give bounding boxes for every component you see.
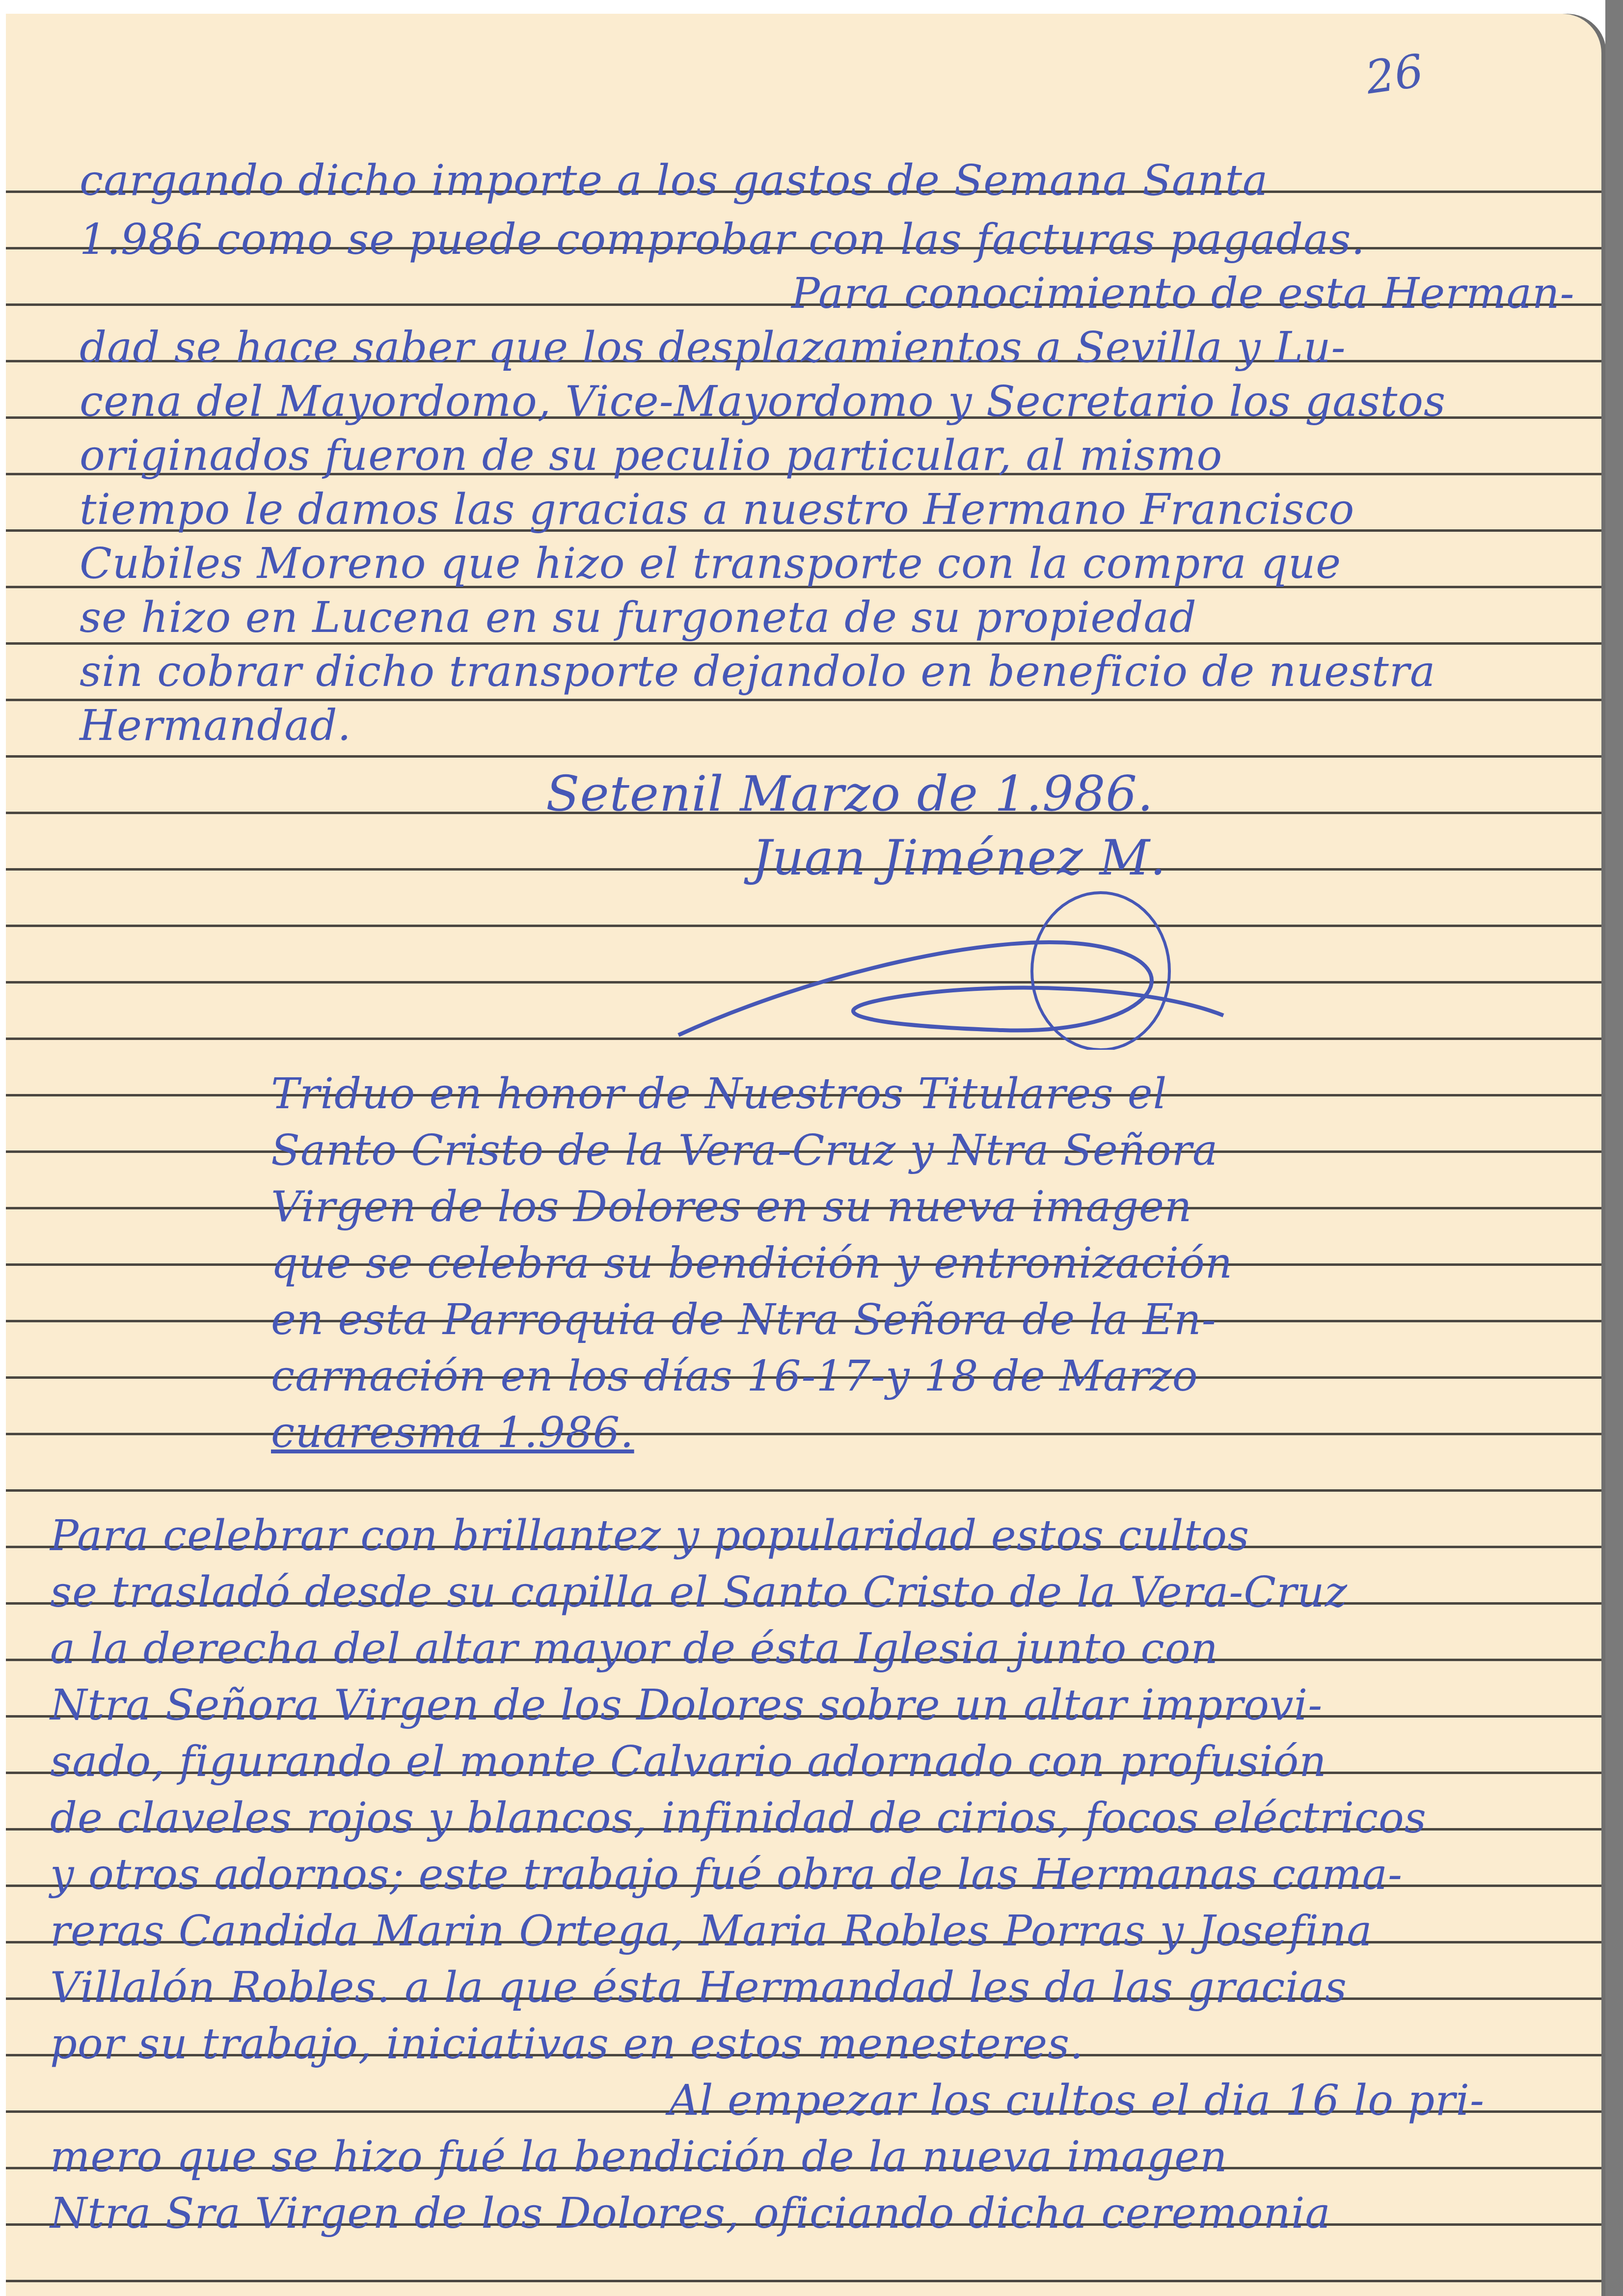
heading-line: en esta Parroquia de Ntra Señora de la E… (271, 1295, 1217, 1344)
text-line: Para conocimiento de esta Herman- (791, 269, 1575, 318)
text-line: reras Candida Marin Ortega, Maria Robles… (50, 1907, 1373, 1956)
text-line: por su trabajo, iniciativas en estos men… (50, 2020, 1084, 2069)
text-line: se trasladó desde su capilla el Santo Cr… (50, 1568, 1348, 1617)
text-line: Cubiles Moreno que hizo el transporte co… (80, 539, 1341, 588)
text-line: de claveles rojos y blancos, infinidad d… (50, 1794, 1427, 1843)
heading-line: carnación en los días 16-17-y 18 de Marz… (271, 1352, 1198, 1401)
text-line: se hizo en Lucena en su furgoneta de su … (80, 593, 1197, 642)
heading-line: Triduo en honor de Nuestros Titulares el (271, 1069, 1167, 1119)
text-line: sin cobrar dicho transporte dejandolo en… (80, 647, 1435, 696)
heading-line: que se celebra su bendición y entronizac… (271, 1239, 1233, 1288)
text-line: Hermandad. (80, 701, 352, 750)
text-line: cena del Mayordomo, Vice-Mayordomo y Sec… (80, 377, 1446, 426)
text-line: Para celebrar con brillantez y popularid… (50, 1511, 1249, 1560)
text-line: 1.986 como se puede comprobar con las fa… (80, 215, 1365, 264)
signature-name: Juan Jiménez M. (752, 829, 1166, 886)
text-line: y otros adornos; este trabajo fué obra d… (50, 1850, 1403, 1899)
text-line: Villalón Robles. a la que ésta Hermandad… (50, 1963, 1347, 2012)
signature-flourish (659, 888, 1248, 1050)
text-line: sado, figurando el monte Calvario adorna… (50, 1737, 1327, 1786)
text-line: originados fueron de su peculio particul… (80, 431, 1222, 480)
text-line: dad se hace saber que los desplazamiento… (80, 323, 1346, 372)
ruled-line (6, 1433, 1601, 1435)
text-line: cargando dicho importe a los gastos de S… (80, 156, 1268, 205)
heading-line: cuaresma 1.986. (271, 1408, 634, 1457)
ruled-line (6, 2280, 1601, 2282)
heading-line: Virgen de los Dolores en su nueva imagen (271, 1182, 1192, 1231)
text-line: mero que se hizo fué la bendición de la … (50, 2132, 1228, 2182)
heading-line: Santo Cristo de la Vera-Cruz y Ntra Seño… (271, 1126, 1218, 1175)
text-line: Al empezar los cultos el dia 16 lo pri- (669, 2076, 1485, 2125)
text-line: Ntra Sra Virgen de los Dolores, oficiand… (50, 2189, 1331, 2238)
ruled-line (6, 1489, 1601, 1492)
page-number: 26 (1362, 44, 1427, 104)
signature-place-date: Setenil Marzo de 1.986. (546, 765, 1154, 822)
text-line: Ntra Señora Virgen de los Dolores sobre … (50, 1681, 1323, 1730)
notebook-page: 26 cargando dicho importe a los gastos d… (6, 14, 1601, 2296)
text-line: a la derecha del altar mayor de ésta Igl… (50, 1624, 1218, 1673)
page-edge-shadow (1605, 0, 1623, 2296)
text-line: tiempo le damos las gracias a nuestro He… (80, 485, 1354, 534)
ruled-line (6, 642, 1601, 645)
ruled-line (6, 755, 1601, 758)
